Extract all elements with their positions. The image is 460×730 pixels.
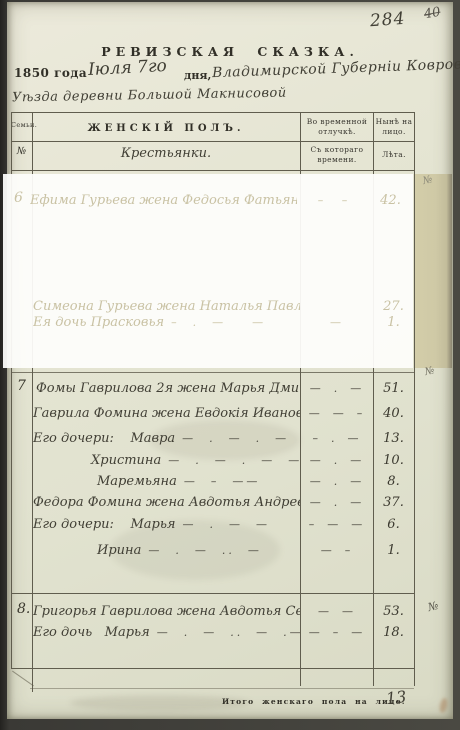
person-name: Фомы Гаврилова 2я жена Марья Дмитрева <box>36 381 300 396</box>
age-value: 1. <box>373 315 414 330</box>
age-value: 53. <box>373 604 414 619</box>
table-row: Ирина — . — .. — — – 1. <box>33 540 414 560</box>
person-name: Гаврила Фомина жена Евдокія Иванова . <box>33 406 300 421</box>
total-value: 13 <box>385 687 407 708</box>
person-name: Федора Фомина жена Авдотья Андреева <box>33 495 300 510</box>
person-name: Ея дочь Прасковья <box>33 315 164 330</box>
leader-dashes: — . — . — — <box>161 454 300 467</box>
table-row: 8. Григорья Гаврилова жена Авдотья Семіо… <box>33 601 414 621</box>
absence-dashes: — – — <box>300 626 373 639</box>
absence-dashes: — <box>300 316 373 329</box>
person-name: Ефима Гурьева жена Федосья Фатьянова <box>30 193 297 208</box>
leader-dashes: — . — — <box>176 518 300 531</box>
scanned-document-page: 284 40 РЕВИЗСКАЯ СКАЗКА. 1850 года Іюля … <box>0 0 460 730</box>
age-value: 8. <box>373 474 414 489</box>
family-number: 8. <box>17 601 30 617</box>
person-name: Маремьяна <box>97 474 177 489</box>
person-name: Христина <box>91 453 161 468</box>
table-row: Маремьяна — – —— — . — 8. <box>33 471 414 491</box>
absence-dashes: — . — <box>300 454 373 467</box>
family-number: 7 <box>17 378 26 394</box>
right-margin-strip <box>415 174 452 368</box>
age-value: 37. <box>373 495 414 510</box>
person-name: Григорья Гаврилова жена Авдотья Семіонов… <box>33 604 300 619</box>
leader-dashes: — . — .. — .— <box>150 626 300 639</box>
column-present-label: Нынѣ на лицо. <box>374 117 414 137</box>
column-family-label: Семьи. <box>11 120 32 130</box>
total-label: Итого женскаго пола на лицо. <box>222 697 406 706</box>
age-value: 6. <box>373 517 414 532</box>
day-word: дня, <box>184 69 211 82</box>
age-value: 40. <box>373 406 414 421</box>
crossed-out-number: 40 <box>423 5 442 23</box>
leader-dashes: — . — .. — <box>141 544 300 557</box>
table-row: Его дочери: Мавра — . — . — . – – . — 13… <box>33 428 414 448</box>
family-number: 6 <box>14 190 23 206</box>
leader-dashes: — – —— <box>177 475 300 488</box>
ghost-table-row: Ея дочь Прасковья – . — — — 1. <box>33 312 414 332</box>
column-present-sub: Лѣта. <box>374 150 414 160</box>
absence-dashes: — — <box>300 605 373 618</box>
table-row: 7 Фомы Гаврилова 2я жена Марья Дмитрева … <box>33 378 414 398</box>
absence-dashes: — – <box>300 544 373 557</box>
table-row: Его дочь Марья — . — .. — .— — – — 18. <box>33 622 414 642</box>
estate-label-handwritten: Крестьянки. <box>32 146 300 161</box>
age-value: 1. <box>373 543 414 558</box>
absence-dashes: — . — <box>300 496 373 509</box>
absence-dashes: — — – <box>300 407 373 420</box>
column-family-no: № <box>11 146 32 157</box>
column-absence-label: Во временной отлучкѣ. <box>301 117 373 137</box>
table-row: Гаврила Фомина жена Евдокія Иванова . – … <box>33 403 414 423</box>
age-value: 13. <box>373 431 414 446</box>
year-label: 1850 года <box>14 66 87 80</box>
age-value: 42. <box>370 193 411 208</box>
age-value: 18. <box>373 625 414 640</box>
page-number: 284 <box>369 9 406 31</box>
column-sex-label: ЖЕНСКІЙ ПОЛЪ. <box>32 123 300 134</box>
person-name: Его дочь Марья <box>33 625 150 640</box>
leader-dashes: — . — . — . – <box>175 432 300 445</box>
table-row: Федора Фомина жена Авдотья Андреева . – … <box>33 492 414 512</box>
absence-dashes: – – <box>297 194 370 207</box>
handwritten-date: Іюля 7го <box>88 56 168 80</box>
table-row: Христина — . — . — — — . — 10. <box>33 450 414 470</box>
person-name: Его дочери: Марья <box>33 517 176 532</box>
leader-dashes: – . — — <box>164 316 300 329</box>
absence-dashes: – — — <box>300 518 373 531</box>
absence-dashes: — . — <box>300 382 373 395</box>
person-name: Ирина <box>97 543 141 558</box>
age-value: 51. <box>373 381 414 396</box>
ghost-table-row: 6 Ефима Гурьева жена Федосья Фатьянова –… <box>30 190 414 210</box>
age-value: 10. <box>373 453 414 468</box>
column-absence-sub: Съ котораго времени. <box>301 145 373 165</box>
person-name: Его дочери: Мавра <box>33 431 175 446</box>
absence-dashes: — . — <box>300 475 373 488</box>
table-row: Его дочери: Марья — . — — – — — 6. <box>33 514 414 534</box>
absence-dashes: – . — <box>300 432 373 445</box>
